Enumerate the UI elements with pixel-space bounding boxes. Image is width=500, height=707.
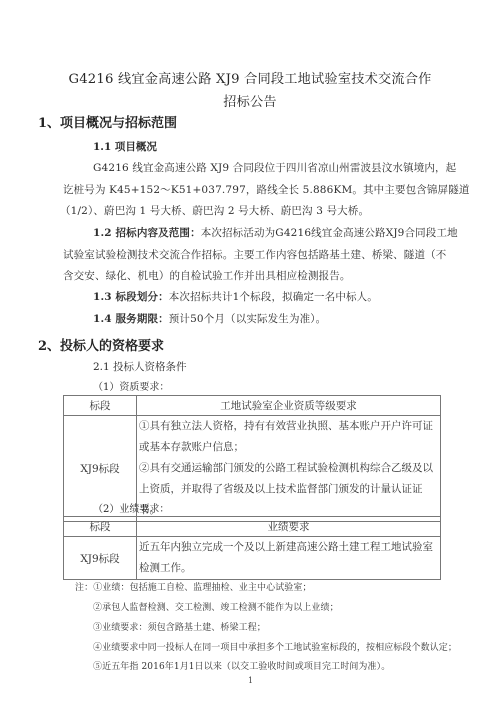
performance-row-section: XJ9标段 [64, 537, 137, 580]
section1-1-line1: G4216 线宜金高速公路 XJ9 合同段位于四川省凉山州雷波县汶水镇境内，起 [93, 160, 456, 175]
qualification-header-requirements: 工地试验室企业资质等级要求 [137, 396, 441, 416]
performance-row-requirement: 近五年内独立完成一个及以上新建高速公路土建工程工地试验室检测工作。 [137, 537, 441, 580]
performance-header-section: 标段 [64, 517, 137, 537]
section1-3: 1.3 标段划分：本次招标共计1个标段，拟确定一名中标人。 [93, 289, 378, 304]
document-title-line1: G4216 线宜金高速公路 XJ9 合同段工地试验室技术交流合作 [0, 68, 500, 87]
section1-2-line2: 试验室试验检测技术交流合作招标。主要工作内容包括路基土建、桥梁、隧道（不 [63, 247, 446, 262]
section1-3-label: 1.3 标段划分： [93, 291, 169, 303]
note-3: ③业绩要求：须包含路基土建、桥梁工程； [93, 620, 266, 633]
section1-1-line3: （1/2）、蔚巴沟 1 号大桥、蔚巴沟 2 号大桥、蔚巴沟 3 号大桥。 [60, 203, 369, 218]
section1-2-line3: 含交安、绿化、机电）的自检试验工作并出具相应检测报告。 [63, 268, 351, 283]
performance-header-requirement: 业绩要求 [137, 517, 441, 537]
note-1: 注：①业绩：包括施工自检、监理抽检、业主中心试验室； [75, 580, 312, 593]
section2-1-heading: 2.1 投标人资格条件 [93, 359, 187, 374]
note-4: ④业绩要求中同一投标人在同一项目中承担多个工地试验室标段的，按相应标段个数认定； [93, 640, 457, 653]
section1-4-label: 1.4 服务期限： [93, 313, 169, 325]
qualification-row-requirements: ①具有独立法人资格，持有有效营业执照、基本账户开户许可证或基本存款账户信息； ②… [137, 416, 441, 522]
page-number: 1 [248, 676, 253, 685]
document-title-line2: 招标公告 [0, 91, 500, 110]
performance-table: 标段 业绩要求 XJ9标段 近五年内独立完成一个及以上新建高速公路土建工程工地试… [63, 516, 441, 580]
qualification-requirement-1: ①具有独立法人资格，持有有效营业执照、基本账户开户许可证或基本存款账户信息； [139, 416, 438, 458]
section1-1-line2: 讫桩号为 K45+152～K51+037.797，路线全长 5.886KM。其中… [63, 182, 470, 197]
section1-heading: 1、项目概况与招标范围 [38, 112, 177, 131]
performance-label: （2）业绩要求： [93, 500, 169, 515]
section1-2-label: 1.2 招标内容及范围： [93, 227, 201, 239]
qualification-label: （1）资质要求： [93, 378, 169, 393]
section1-1-heading: 1.1 项目概况 [93, 139, 157, 154]
performance-table-row: XJ9标段 近五年内独立完成一个及以上新建高速公路土建工程工地试验室检测工作。 [64, 537, 441, 580]
section1-4: 1.4 服务期限：预计50个月（以实际发生为准）。 [93, 311, 326, 326]
qualification-table-header: 标段 工地试验室企业资质等级要求 [64, 396, 441, 416]
qualification-requirement-2: ②具有交通运输部门颁发的公路工程试验检测机构综合乙级及以上资质，并取得了省级及以… [139, 458, 438, 521]
section2-heading: 2、投标人的资格要求 [38, 335, 164, 354]
section1-2-line1: 1.2 招标内容及范围：本次招标活动为G4216线宜金高速公路XJ9合同段工地 [93, 225, 458, 240]
qualification-header-section: 标段 [64, 396, 137, 416]
note-2: ②承包人监督检测、交工检测、竣工检测不能作为以上业绩； [93, 600, 339, 613]
performance-table-header: 标段 业绩要求 [64, 517, 441, 537]
note-5: ⑤近五年指 2016年1月1日以来（以交工验收时间或项目完工时间为准）。 [93, 659, 390, 672]
